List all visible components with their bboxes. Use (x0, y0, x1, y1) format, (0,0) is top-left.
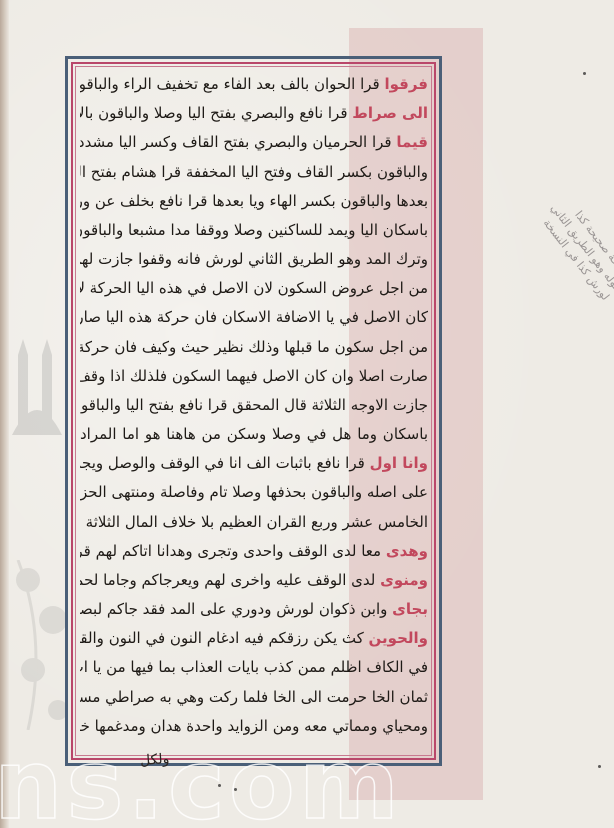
text-line: بجاى وابن ذكوان لورش ودوري على المد فقد … (80, 595, 428, 623)
text-line: فرقوا قرا الحوان بالف بعد الفاء مع تخفيف… (80, 70, 428, 98)
rubric-word: فرقوا (384, 75, 428, 93)
rubric-word: بجاى (392, 600, 428, 618)
mosque-watermark-icon (12, 335, 62, 445)
text-line: والحوين كث يكن رزقكم فيه ادغام النون في … (80, 624, 428, 652)
text-line: الى صراط قرا نافع والبصري بفتح اليا وصلا… (80, 99, 428, 127)
text-line: من اجل عروض السكون لان الاصل في هذه اليا… (80, 274, 428, 302)
text-line: جازت الاوجه الثلاثة قال المحقق قرا نافع … (80, 391, 428, 419)
paper-speck (583, 72, 586, 75)
text-line: قيما قرا الحرميان والبصري بفتح القاف وكس… (80, 128, 428, 156)
rubric-word: ومنوى (380, 571, 428, 589)
text-line: الخامس عشر وربع القران العظيم بلا خلاف ا… (80, 508, 428, 536)
text-line: وانا اول قرا نافع باثبات الف انا في الوق… (80, 449, 428, 477)
rubric-word: الى صراط (352, 104, 428, 122)
text-line: من اجل سكون ما قبلها وذلك نظير حيث وكيف … (80, 333, 428, 361)
text-line: صارت اصلا وان كان الاصل فيهما السكون فلذ… (80, 362, 428, 390)
text-line: بعدها والباقون بكسر الهاء ويا بعدها قرا … (80, 187, 428, 215)
text-line: ومنوى لدى الوقف عليه واخرى لهم ويعرجاكم … (80, 566, 428, 594)
rubric-word: قيما (396, 133, 428, 151)
rubric-word: وهدى (386, 542, 428, 560)
text-line: في الكاف اظلم ممن كذب بايات العذاب بما ف… (80, 653, 428, 681)
text-line: ثمان الخا حرمت الى الخا فلما ركت وهي به … (80, 683, 428, 711)
text-line: على اصله والباقون بحذفها وصلا تام وفاصلة… (80, 478, 428, 506)
rubric-word: وصيكم (80, 513, 81, 531)
paper-speck (598, 765, 601, 768)
manuscript-text-block: فرقوا قرا الحوان بالف بعد الفاء مع تخفيف… (80, 70, 428, 740)
rubric-word: وانا اول (370, 454, 428, 472)
text-line: كان الاصل في يا الاضافة الاسكان فان حركة… (80, 303, 428, 331)
rubric-word: والحوين (369, 629, 428, 647)
site-watermark: ns.com (0, 735, 403, 828)
text-line: باسكان اليا ويمد للساكنين وصلا ووقفا مدا… (80, 216, 428, 244)
text-line: باسكان وما هل في وصلا وسكن من هاهنا هو ا… (80, 420, 428, 448)
text-line: وهدى معا لدى الوقف واحدى وتجرى وهدانا ات… (80, 537, 428, 565)
text-line: والباقون بكسر القاف وفتح اليا المخففة قر… (80, 158, 428, 186)
text-line: وترك المد وهو الطريق الثاني لورش فانه وق… (80, 245, 428, 273)
